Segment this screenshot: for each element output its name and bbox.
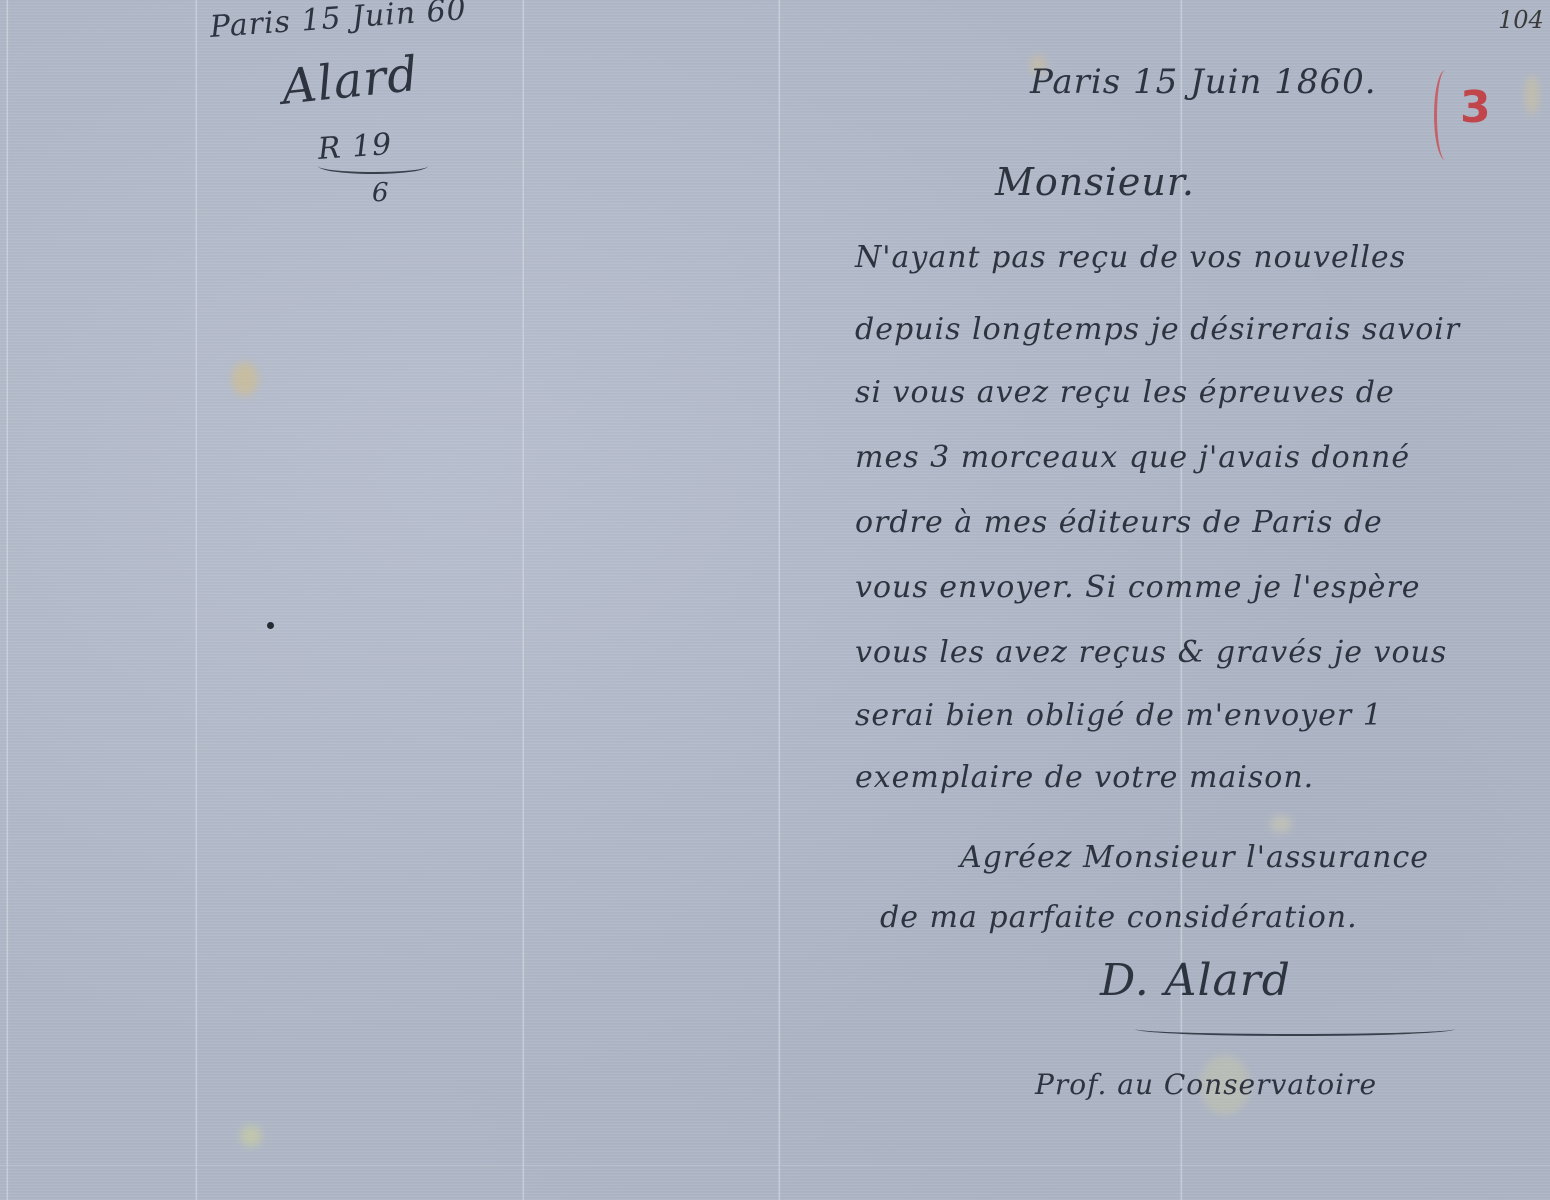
paper-stain xyxy=(232,362,258,396)
fold-line xyxy=(195,0,198,1200)
signature-title: Prof. au Conservatoire xyxy=(1035,1068,1377,1101)
letter-body-line: vous les avez reçus & gravés je vous xyxy=(855,635,1447,670)
letter-body-line: N'ayant pas reçu de vos nouvelles xyxy=(855,240,1406,275)
page-number: 104 xyxy=(1498,6,1544,34)
docket-correspondent: Alard xyxy=(279,46,421,116)
letter-body-line: ordre à mes éditeurs de Paris de xyxy=(855,505,1383,540)
letter-body-line: vous envoyer. Si comme je l'espère xyxy=(855,570,1421,605)
docket-count: 6 xyxy=(372,178,390,208)
paper-stain xyxy=(1270,815,1292,833)
letter-sheet: Paris 15 Juin 60 Alard R 19 6 104 3 Pari… xyxy=(0,0,1550,1200)
letter-salutation: Monsieur. xyxy=(995,160,1195,204)
letter-closing-line: de ma parfaite considération. xyxy=(880,900,1358,935)
letter-body-line: serai bien obligé de m'envoyer 1 xyxy=(855,698,1383,733)
fold-line xyxy=(6,0,9,1200)
letter-signature: D. Alard xyxy=(1100,955,1291,1006)
letter-body-line: si vous avez reçu les épreuves de xyxy=(855,375,1395,410)
fold-line xyxy=(778,0,781,1200)
fold-line xyxy=(522,0,525,1200)
letter-body-line: depuis longtemps je désirerais savoir xyxy=(855,312,1460,347)
letter-closing-line: Agréez Monsieur l'assurance xyxy=(960,840,1429,875)
archive-mark: 3 xyxy=(1460,82,1491,133)
signature-flourish xyxy=(1135,1022,1455,1036)
ink-dot xyxy=(267,622,274,629)
paper-stain xyxy=(1525,75,1539,115)
paper-stain xyxy=(240,1125,262,1147)
docket-underline xyxy=(318,158,428,174)
letter-body-line: exemplaire de votre maison. xyxy=(855,760,1314,795)
docket-place-date: Paris 15 Juin 60 xyxy=(209,0,468,45)
letter-body-line: mes 3 morceaux que j'avais donné xyxy=(855,440,1410,475)
archive-bracket xyxy=(1434,70,1457,160)
fold-line-horizontal xyxy=(0,1165,1550,1167)
letter-date: Paris 15 Juin 1860. xyxy=(1030,62,1377,102)
